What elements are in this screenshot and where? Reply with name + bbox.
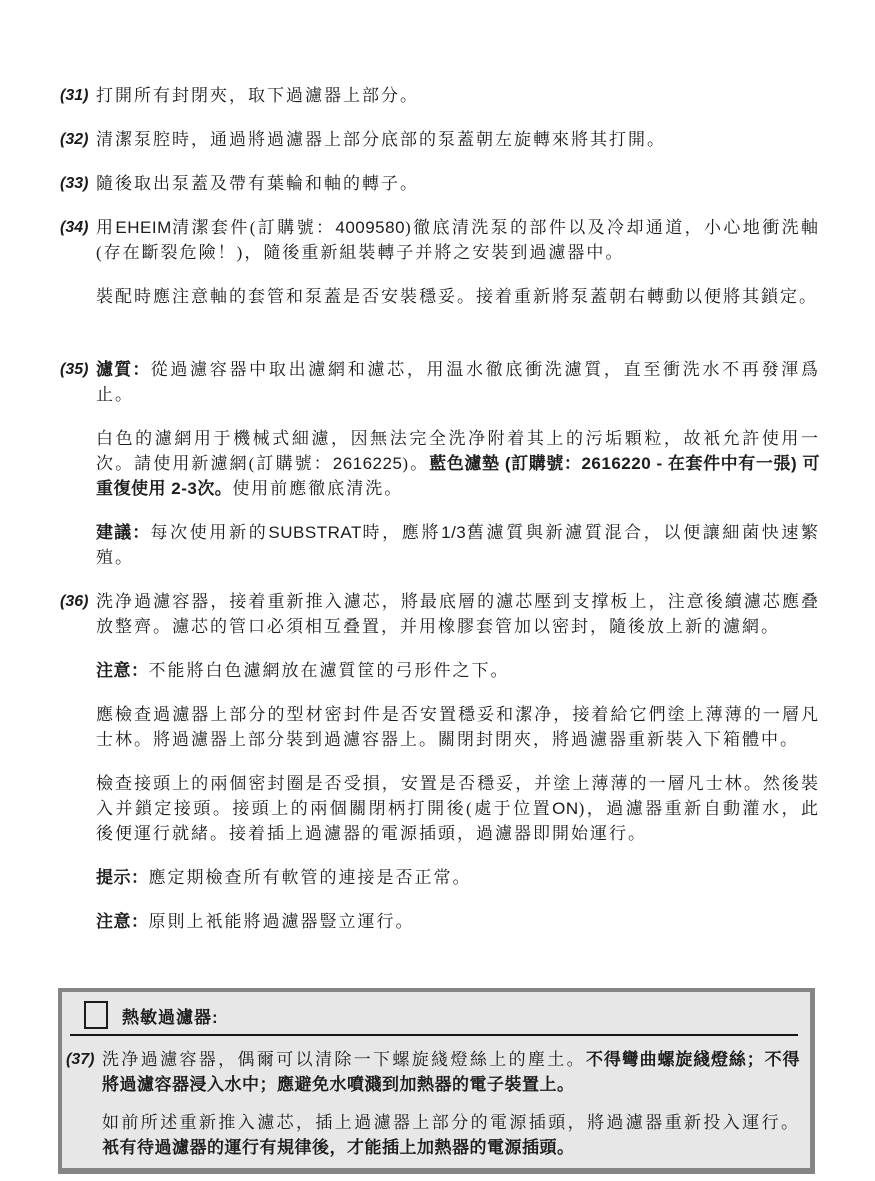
step-text: 從過濾容器中取出濾網和濾芯，用温水徹底衝洗濾質，直至衝洗水不再發渾爲止。 [96,360,820,404]
note-label: 濾質： [96,360,151,379]
step-text: 應檢查過濾器上部分的型材密封件是否安置穩妥和潔净，接着給它們塗上薄薄的一層凡士林… [96,705,820,749]
step-35: (35) 濾質：從過濾容器中取出濾網和濾芯，用温水徹底衝洗濾質，直至衝洗水不再發… [62,357,820,407]
brand-name: EHEIM [115,218,171,237]
step-33: (33) 隨後取出泵蓋及帶有葉輪和軸的轉子。 [62,171,820,196]
step-number: (36) [60,589,88,614]
section-title: 熱敏過濾器: [122,1003,219,1028]
connector-check-paragraph: 檢查接頭上的兩個密封圈是否受損，安置是否穩妥，并塗上薄薄的一層凡士林。然後裝入并… [96,771,820,846]
section-divider [70,1034,798,1036]
caution-paragraph-1: 注意：不能將白色濾網放在濾質筐的弓形件之下。 [96,658,820,683]
note-label: 提示： [96,868,149,887]
step-text: 不能將白色濾網放在濾質筐的弓形件之下。 [149,661,510,680]
step-number: (34) [60,215,88,240]
document-page: (31) 打開所有封閉夾，取下過濾器上部分。 (32) 清潔泵腔時，通過將過濾器… [0,0,875,1181]
caution-paragraph-2: 注意：原則上衹能將過濾器豎立運行。 [96,909,820,934]
step-text: 隨後取出泵蓋及帶有葉輪和軸的轉子。 [96,174,419,193]
step-text: 清潔套件(訂購號： [172,218,336,237]
step-text: 使用前應徹底清洗。 [232,479,403,498]
checkbox-icon [84,1001,108,1029]
step-37-continuation: 如前所述重新推入濾芯，插上過濾器上部分的電源插頭，將過濾器重新投入運行。衹有待過… [102,1110,800,1160]
manual-content: (31) 打開所有封閉夾，取下過濾器上部分。 (32) 清潔泵腔時，通過將過濾器… [62,83,820,1174]
step-text: 用 [96,218,115,237]
step-text: 清潔泵腔時，通過將過濾器上部分底部的泵蓋朝左旋轉來將其打開。 [96,130,666,149]
step-number: (35) [60,357,88,382]
step-text: )。 [402,454,429,473]
thermo-filter-header: 熱敏過濾器: [84,1000,800,1030]
bold-text: 藍色濾墊 (訂購號： [429,454,581,473]
step-text: 如前所述重新推入濾芯，插上過濾器上部分的電源插頭，將過濾器重新投入運行。 [102,1113,800,1132]
step-37: (37) 洗净過濾容器，偶爾可以清除一下螺旋綫燈絲上的塵土。不得彎曲螺旋綫燈絲；… [68,1047,800,1097]
filter-pad-paragraph: 白色的濾網用于機械式細濾，因無法完全洗净附着其上的污垢顆粒，故衹允許使用一次。請… [96,426,820,501]
step-32: (32) 清潔泵腔時，通過將過濾器上部分底部的泵蓋朝左旋轉來將其打開。 [62,127,820,152]
step-31: (31) 打開所有封閉夾，取下過濾器上部分。 [62,83,820,108]
step-number: (31) [60,83,88,108]
seal-check-paragraph: 應檢查過濾器上部分的型材密封件是否安置穩妥和潔净，接着給它們塗上薄薄的一層凡士林… [96,702,820,752]
order-number: 4009580 [335,218,405,237]
step-text: 洗净過濾容器，偶爾可以清除一下螺旋綫燈絲上的塵土。 [102,1050,586,1069]
step-text: 裝配時應注意軸的套管和泵蓋是否安裝穩妥。接着重新將泵蓋朝右轉動以便將其鎖定。 [96,287,818,306]
usage-count: 2-3 [171,479,197,498]
step-text: 每次使用新的 [150,523,268,542]
step-text: 原則上衹能將過濾器豎立運行。 [149,912,415,931]
note-label: 注意： [96,912,149,931]
step-number: (32) [60,127,88,152]
bold-warning-text: 衹有待過濾器的運行有規律後，才能插上加熱器的電源插頭。 [102,1138,575,1157]
switch-position-label: ON [552,799,579,818]
order-number: 2616225 [333,454,403,473]
step-text: 洗净過濾容器，接着重新推入濾芯，將最底層的濾芯壓到支撑板上，注意後續濾芯應叠放整… [96,592,820,636]
recommendation-paragraph: 建議：每次使用新的SUBSTRAT時，應將1/3舊濾質與新濾質混合，以便讓細菌快… [96,520,820,570]
product-name: SUBSTRAT [268,523,361,542]
step-36: (36) 洗净過濾容器，接着重新推入濾芯，將最底層的濾芯壓到支撑板上，注意後續濾… [62,589,820,639]
thermo-filter-section: 熱敏過濾器: (37) 洗净過濾容器，偶爾可以清除一下螺旋綫燈絲上的塵土。不得彎… [58,988,815,1174]
step-number: (37) [66,1047,94,1072]
fraction-value: 1/3 [441,523,466,542]
step-text: 應定期檢查所有軟管的連接是否正常。 [149,868,472,887]
step-text: 打開所有封閉夾，取下過濾器上部分。 [96,86,419,105]
order-number: 2616220 [581,454,651,473]
note-label: 注意： [96,661,149,680]
note-label: 建議： [96,523,150,542]
step-number: (33) [60,171,88,196]
step-34-continuation: 裝配時應注意軸的套管和泵蓋是否安裝穩妥。接着重新將泵蓋朝右轉動以便將其鎖定。 [96,284,820,309]
hint-paragraph: 提示：應定期檢查所有軟管的連接是否正常。 [96,865,820,890]
step-text: 時，應將 [362,523,441,542]
step-34: (34) 用EHEIM清潔套件(訂購號：4009580)徹底清洗泵的部件以及冷却… [62,215,820,265]
bold-text: 次。 [197,479,232,498]
